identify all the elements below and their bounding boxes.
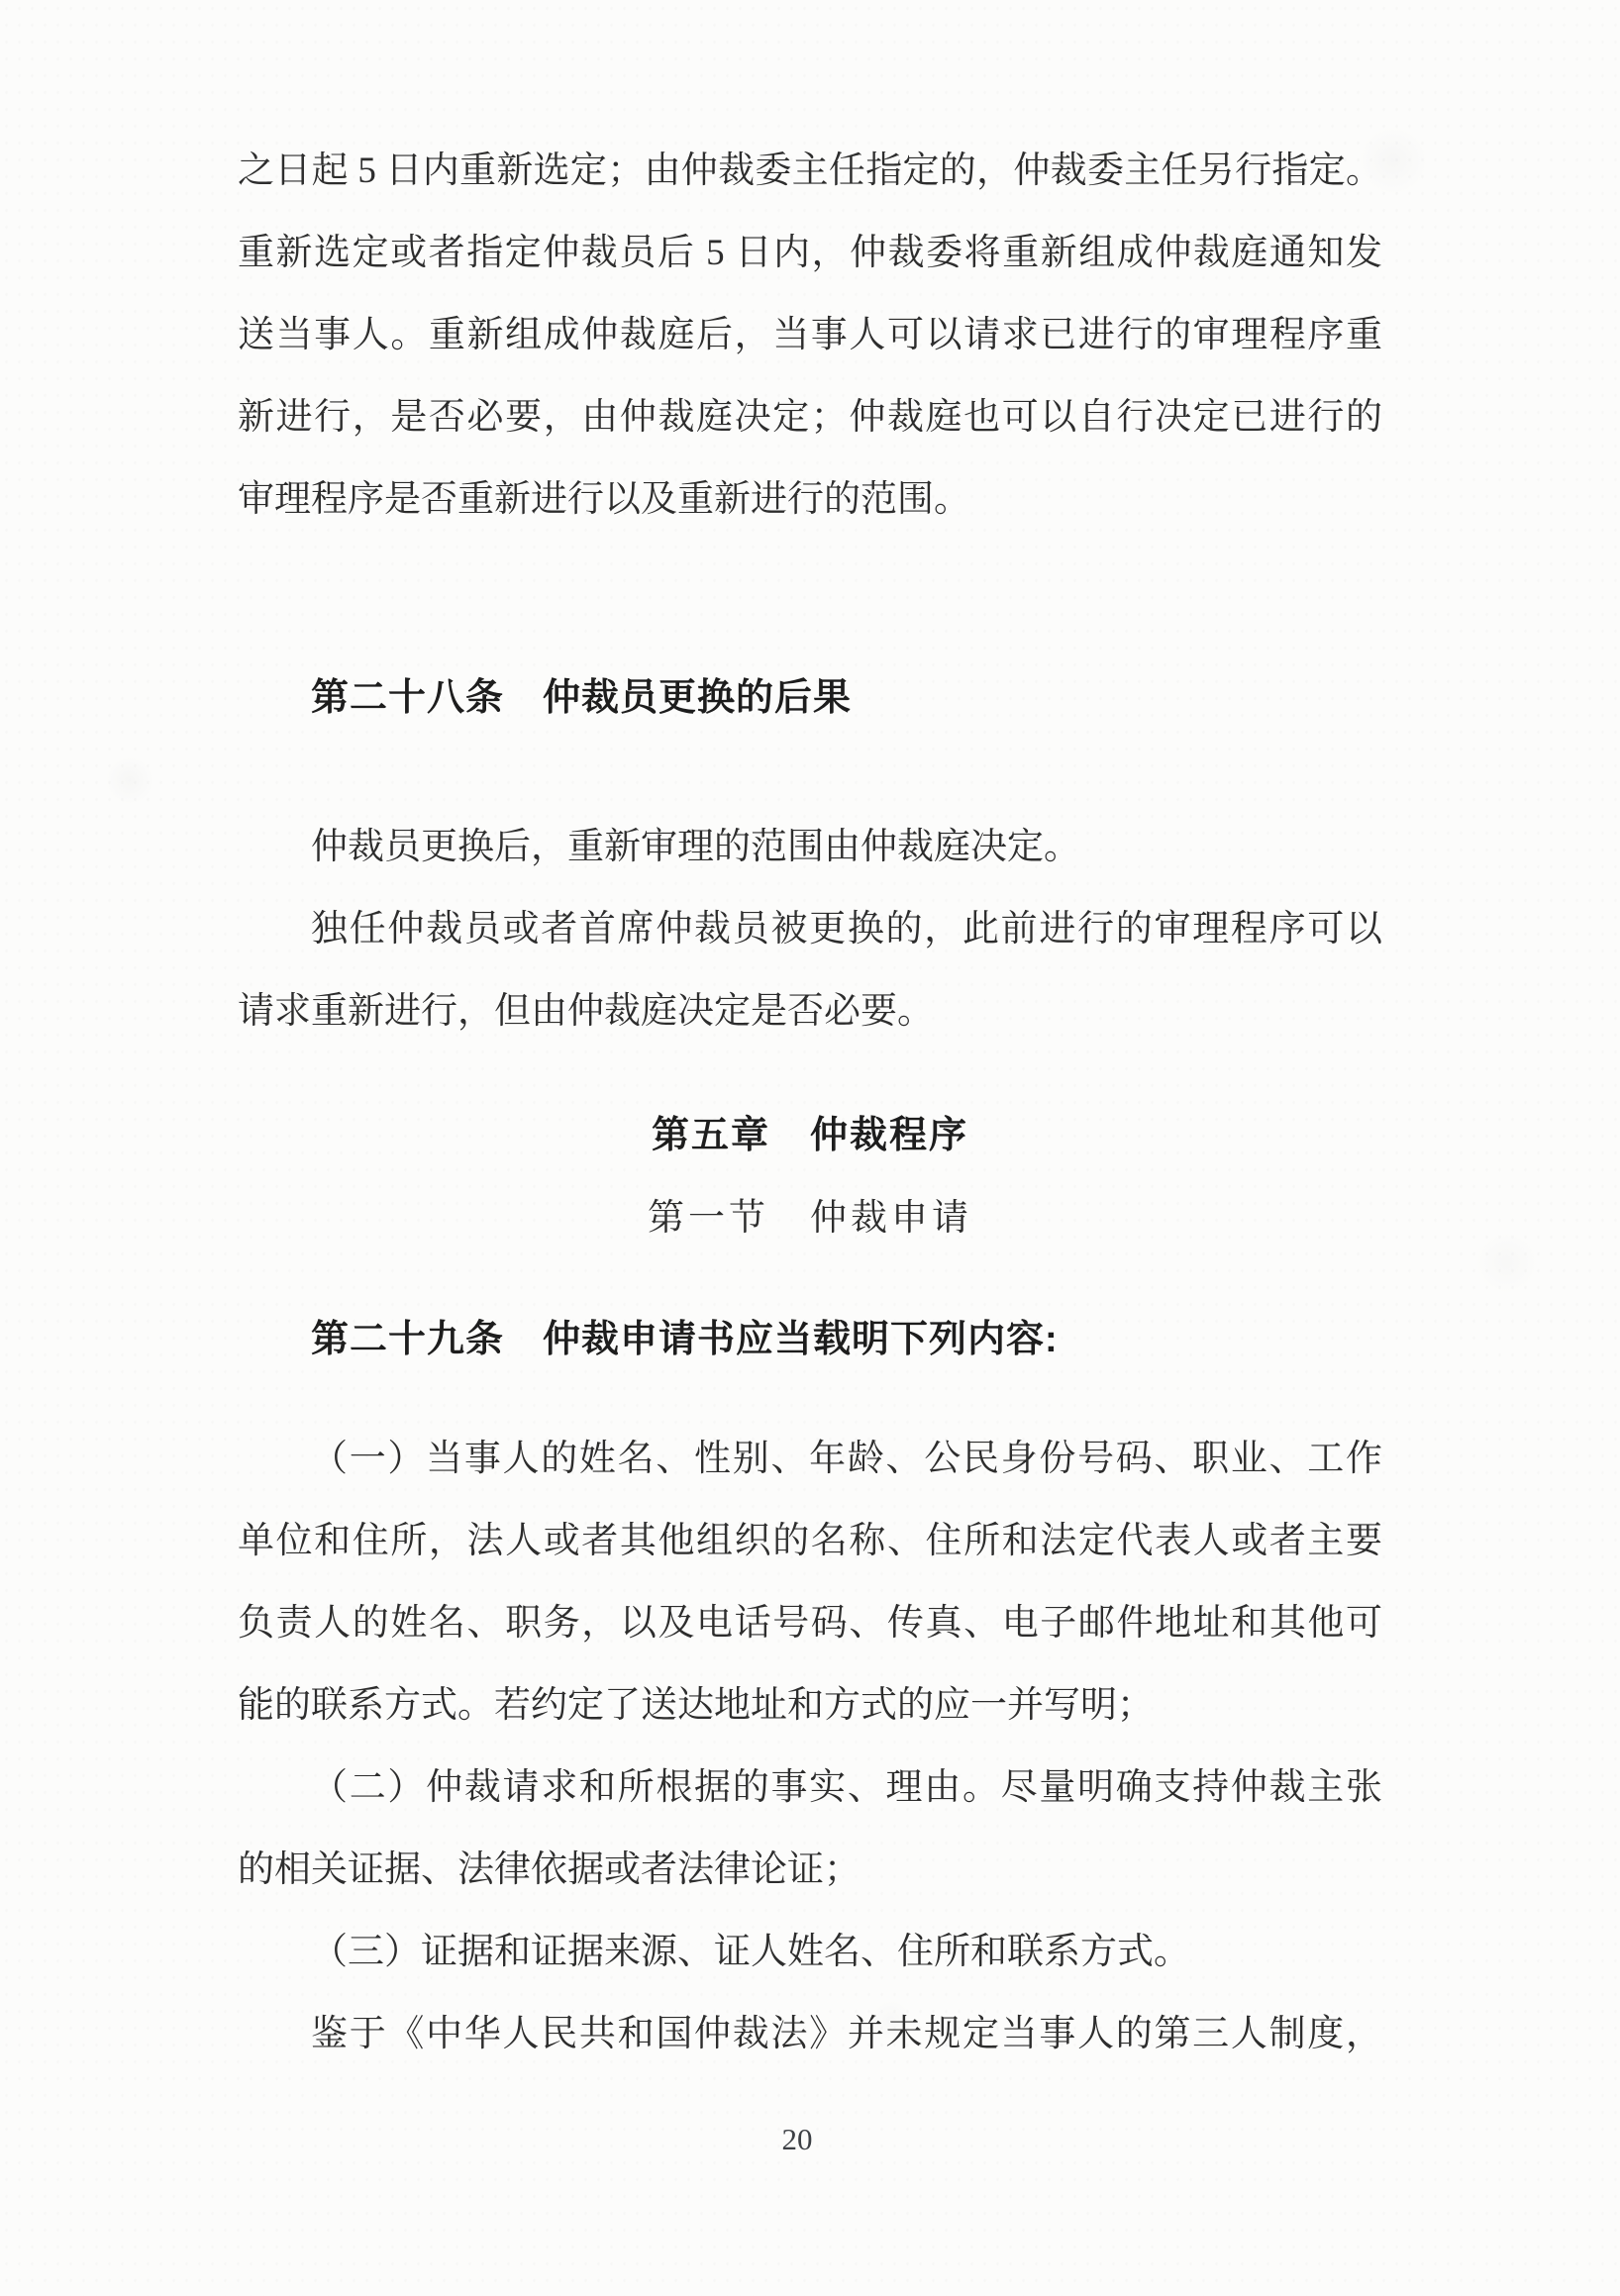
body-line: 负责人的姓名、职务，以及电话号码、传真、电子邮件地址和其他可: [238, 1582, 1382, 1664]
body-line: 单位和住所，法人或者其他组织的名称、住所和法定代表人或者主要: [238, 1500, 1382, 1582]
article-28-body: 仲裁员更换后，重新审理的范围由仲裁庭决定。 独任仲裁员或者首席仲裁员被更换的，此…: [238, 806, 1382, 1052]
section-1-heading: 第一节 仲裁申请: [238, 1177, 1382, 1259]
body-line: 新进行，是否必要，由仲裁庭决定；仲裁庭也可以自行决定已进行的: [238, 376, 1382, 458]
scanned-document-page: 之日起 5 日内重新选定；由仲裁委主任指定的，仲裁委主任另行指定。 重新选定或者…: [0, 0, 1620, 2296]
article-29-heading: 第二十九条 仲裁申请书应当载明下列内容:: [238, 1299, 1382, 1381]
body-line: （二）仲裁请求和所根据的事实、理由。尽量明确支持仲裁主张: [238, 1747, 1382, 1829]
body-line: 鉴于《中华人民共和国仲裁法》并未规定当事人的第三人制度，: [238, 1993, 1382, 2075]
body-line: 审理程序是否重新进行以及重新进行的范围。: [238, 458, 1382, 541]
body-line: 仲裁员更换后，重新审理的范围由仲裁庭决定。: [238, 806, 1382, 888]
body-line: （一）当事人的姓名、性别、年龄、公民身份号码、职业、工作: [238, 1418, 1382, 1500]
body-line: 独任仲裁员或者首席仲裁员被更换的，此前进行的审理程序可以: [238, 888, 1382, 970]
article-28-heading: 第二十八条 仲裁员更换的后果: [238, 657, 1382, 740]
body-line: （三）证据和证据来源、证人姓名、住所和联系方式。: [238, 1911, 1382, 1993]
article-29-body: （一）当事人的姓名、性别、年龄、公民身份号码、职业、工作 单位和住所，法人或者其…: [238, 1418, 1382, 2075]
body-line: 重新选定或者指定仲裁员后 5 日内，仲裁委将重新组成仲裁庭通知发: [238, 212, 1382, 294]
page-number: 20: [0, 2119, 1594, 2160]
body-line: 的相关证据、法律依据或者法律论证；: [238, 1829, 1382, 1911]
body-line: 之日起 5 日内重新选定；由仲裁委主任指定的，仲裁委主任另行指定。: [238, 130, 1382, 212]
paragraph-continuation: 之日起 5 日内重新选定；由仲裁委主任指定的，仲裁委主任另行指定。 重新选定或者…: [238, 130, 1382, 541]
chapter-5-heading: 第五章 仲裁程序: [238, 1095, 1382, 1177]
text-column: 之日起 5 日内重新选定；由仲裁委主任指定的，仲裁委主任另行指定。 重新选定或者…: [238, 130, 1382, 2075]
body-line: 请求重新进行，但由仲裁庭决定是否必要。: [238, 970, 1382, 1052]
body-line: 能的联系方式。若约定了送达地址和方式的应一并写明；: [238, 1664, 1382, 1747]
body-line: 送当事人。重新组成仲裁庭后，当事人可以请求已进行的审理程序重: [238, 294, 1382, 376]
